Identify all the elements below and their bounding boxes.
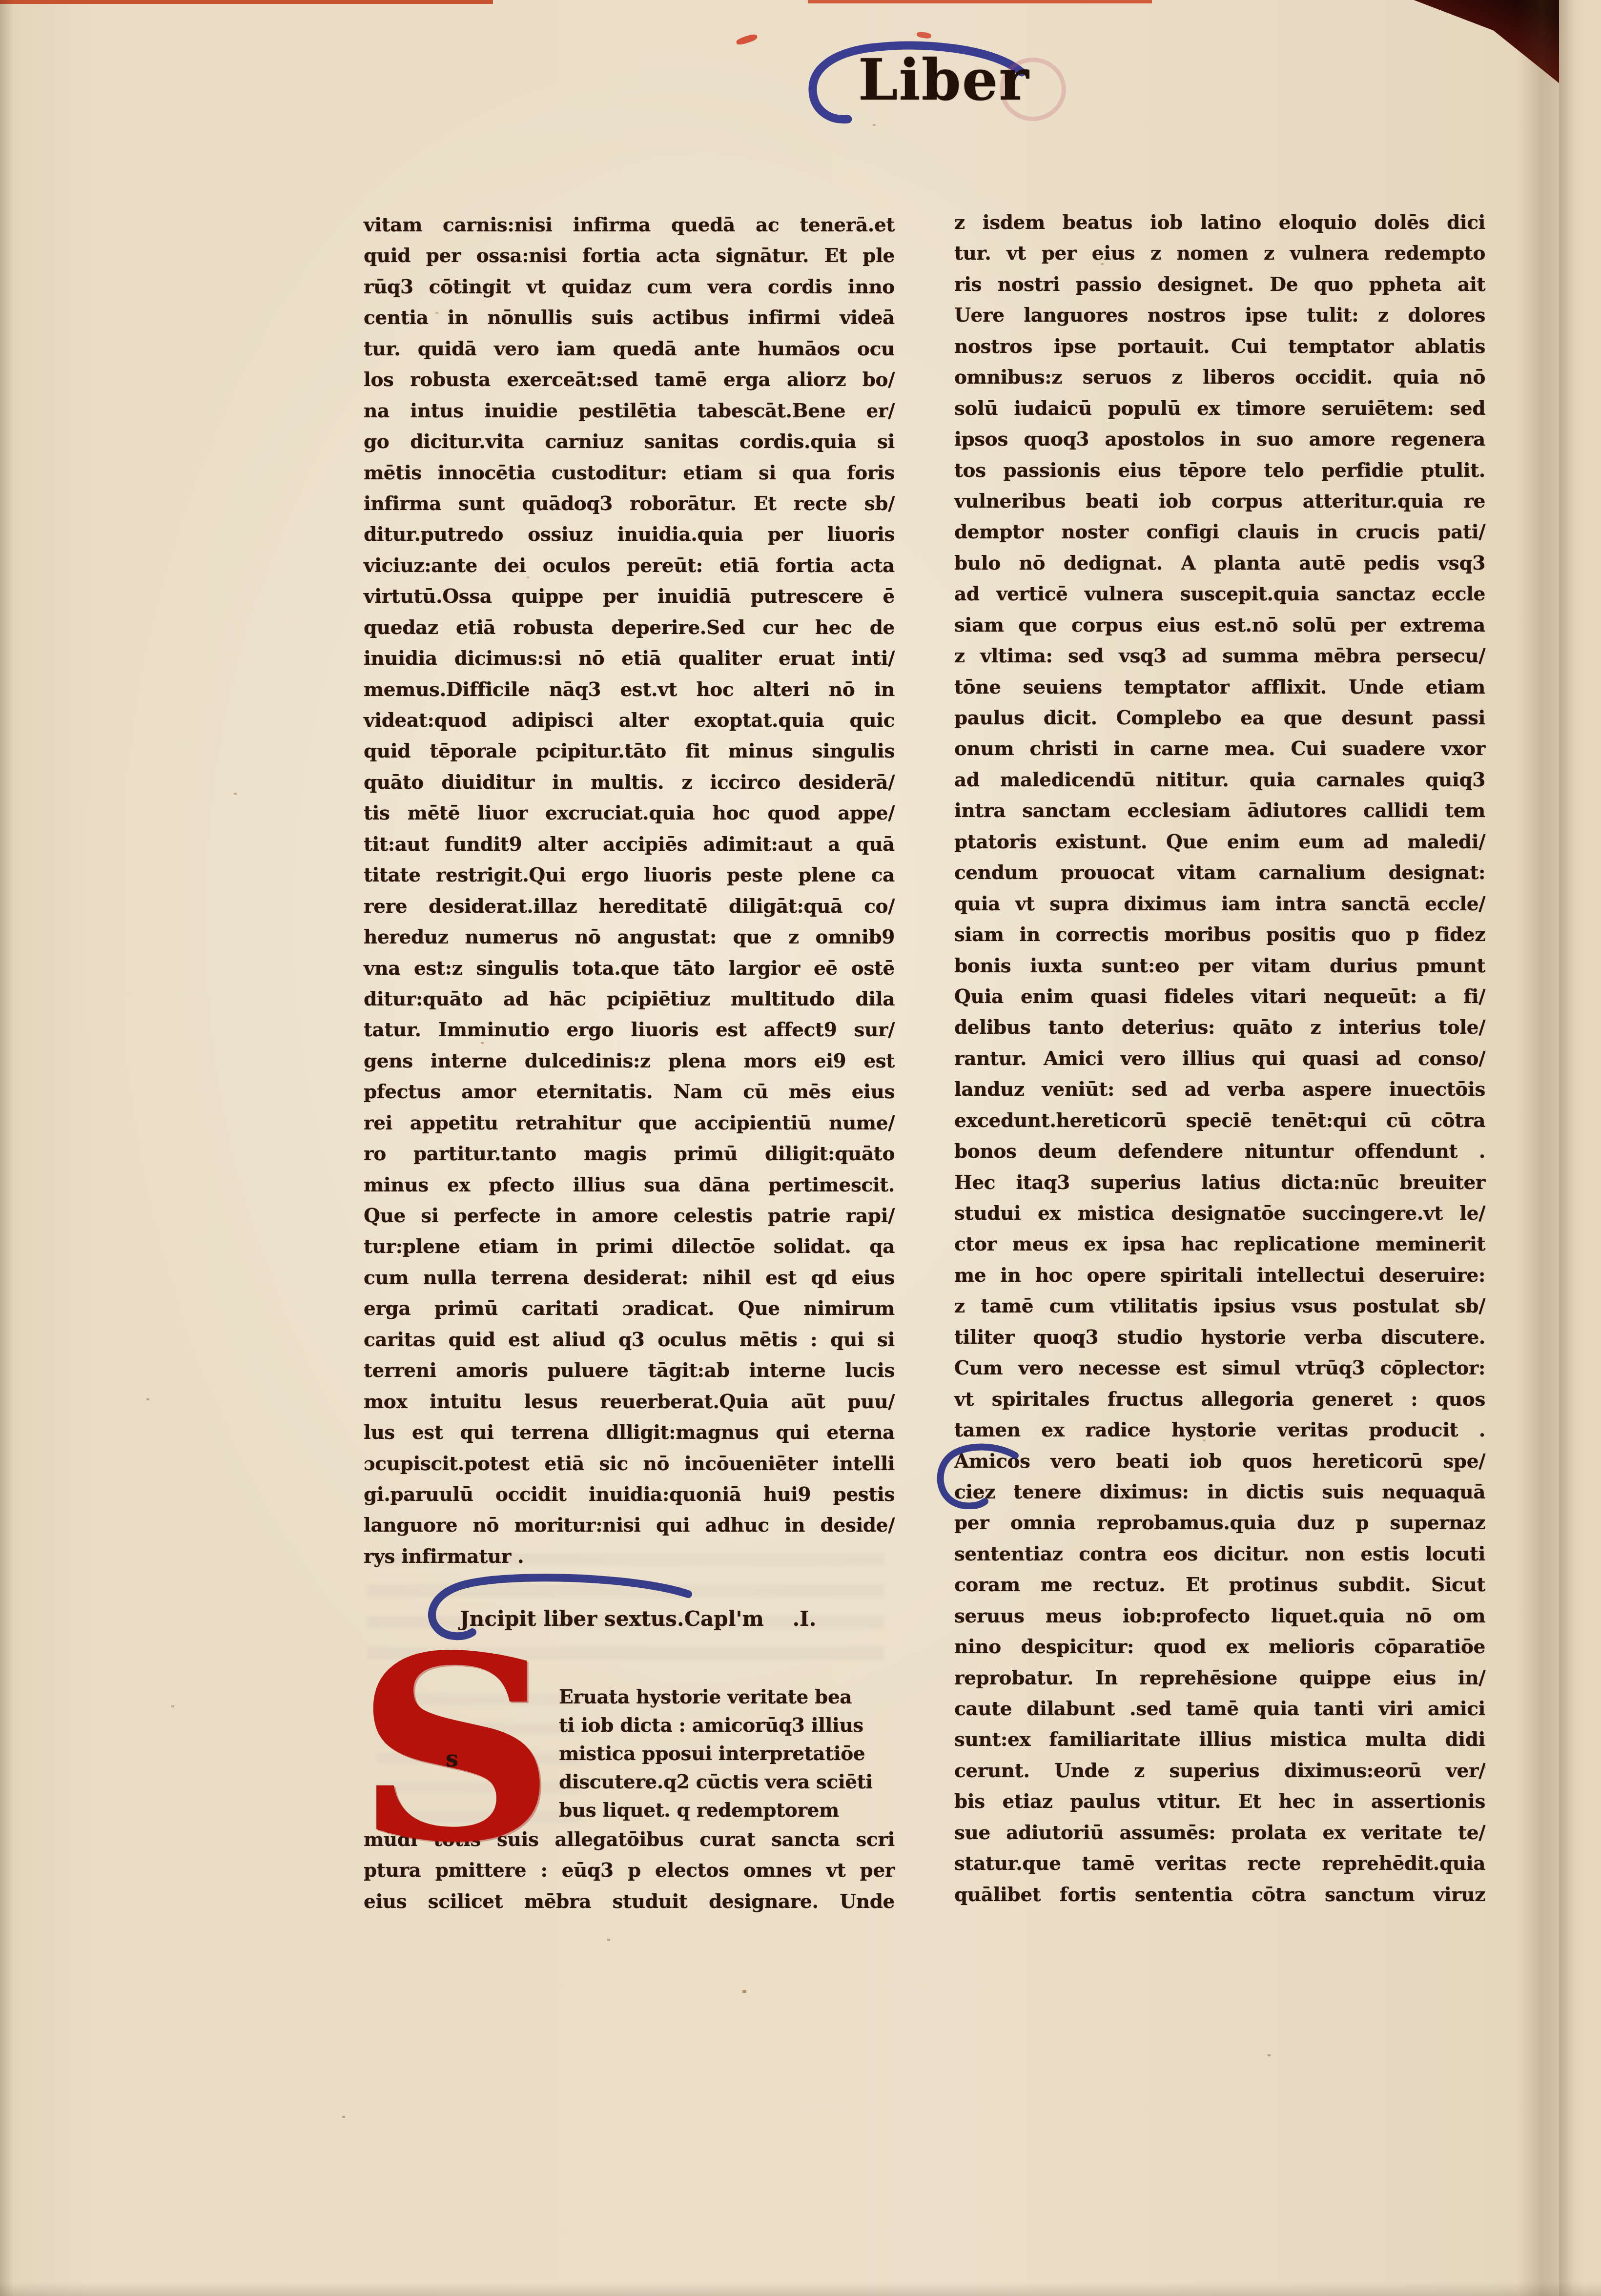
text-line: siam in correctis moribus positis quo p … — [954, 920, 1485, 950]
text-line: mētis innocētia custoditur: etiam si qua… — [364, 458, 895, 489]
text-line: erga primū caritati ɔradicat. Que nimiru… — [364, 1293, 895, 1324]
text-line: hereduz numerus nō angustat: que z omnib… — [364, 922, 895, 953]
text-line: tur. quidā vero iam quedā ante humāos oc… — [364, 334, 895, 365]
text-line: ditur:quāto ad hāc pcipiētiuz multitudo … — [364, 984, 895, 1015]
text-line: videat:quod adipisci alter exoptat.quia … — [364, 705, 895, 736]
text-line: cum nulla terrena desiderat: nihil est q… — [364, 1263, 895, 1293]
text-line: vitam carnis:nisi infirma quedā ac tener… — [364, 210, 895, 241]
text-line: ɔcupiscit.potest etiā sic nō incōueniēte… — [364, 1449, 895, 1479]
text-line: Uere languores nostros ipse tulit: z dol… — [954, 300, 1485, 331]
text-line: viciuz:ante dei oculos pereūt: etiā fort… — [364, 551, 895, 581]
text-line: Hec itaq3 superius latius dicta:nūc breu… — [954, 1168, 1485, 1198]
text-line: bonos deum defendere nituntur offendunt … — [954, 1136, 1485, 1167]
text-line: quid per ossa:nisi fortia acta signātur.… — [364, 241, 895, 271]
book-page-scan: Liber vitam carnis:nisi infirma quedā ac… — [0, 0, 1601, 2296]
text-line: tur:plene etiam in primi dilectōe solida… — [364, 1231, 895, 1262]
text-line: z isdem beatus iob latino eloquio dolēs … — [954, 207, 1485, 238]
text-line: ipsos quoq3 apostolos in suo amore regen… — [954, 424, 1485, 455]
text-line: solū iudaicū populū ex timore seruiētem:… — [954, 393, 1485, 424]
text-line: bus liquet. q redemptorem — [559, 1796, 895, 1824]
text-line: Quia enim quasi fideles vitari nequeūt: … — [954, 982, 1485, 1012]
text-line: vulneribus beati iob corpus atteritur.qu… — [954, 486, 1485, 517]
text-line: gens interne dulcedinis:z plena mors ei9… — [364, 1046, 895, 1077]
chapter-opening: S s Eruata hystorie veritate beati iob d… — [364, 1683, 895, 1917]
text-line: per omnia reprobamus.quia duz p supernaz — [954, 1508, 1485, 1538]
text-line: Amicos vero beati iob quos hereticorū sp… — [954, 1446, 1485, 1477]
text-line: seruus meus iob:profecto liquet.quia nō … — [954, 1601, 1485, 1632]
text-line: bis etiaz paulus vtitur. Et hec in asser… — [954, 1786, 1485, 1817]
text-line: tos passionis eius tēpore telo perfidie … — [954, 455, 1485, 486]
text-line: na intus inuidie pestilētia tabescāt.Ben… — [364, 396, 895, 427]
text-line: tōne seuiens temptator afflixit. Unde et… — [954, 672, 1485, 703]
paper-fibers — [0, 0, 2, 1]
text-line: Eruata hystorie veritate bea — [559, 1683, 895, 1711]
text-line: studui ex mistica designatōe succingere.… — [954, 1198, 1485, 1229]
text-line: mistica pposui interpretatiōe — [559, 1740, 895, 1768]
text-line: intra sanctam ecclesiam ādiutores callid… — [954, 796, 1485, 826]
text-line: cerunt. Unde z superius diximus:eorū ver… — [954, 1756, 1485, 1786]
text-line: nostros ipse portauit. Cui temptator abl… — [954, 331, 1485, 362]
text-line: landuz veniūt: sed ad verba aspere inuec… — [954, 1074, 1485, 1105]
text-line: vt spiritales fructus allegoria generet … — [954, 1384, 1485, 1415]
text-line: z vltima: sed vsq3 ad summa mēbra persec… — [954, 641, 1485, 672]
text-line: ditur.putredo ossiuz inuidia.quia per li… — [364, 519, 895, 550]
text-line: ro partitur.tanto magis primū diligit:qu… — [364, 1139, 895, 1169]
text-line: memus.Difficile nāq3 est.vt hoc alteri n… — [364, 675, 895, 705]
text-line: quedaz etiā robusta deperire.Sed cur hec… — [364, 613, 895, 643]
text-line: me in hoc opere spiritali intellectui de… — [954, 1260, 1485, 1291]
printed-guide-letter: s — [446, 1745, 458, 1772]
text-line: coram me rectuz. Et protinus subdit. Sic… — [954, 1570, 1485, 1600]
text-line: quid tēporale pcipitur.tāto fit minus si… — [364, 736, 895, 767]
text-line: caute dilabunt .sed tamē quia tanti viri… — [954, 1694, 1485, 1724]
running-head-title: Liber — [858, 47, 1030, 113]
text-line: ciez tenere diximus: in dictis suis nequ… — [954, 1477, 1485, 1508]
left-text-column: vitam carnis:nisi infirma quedā ac tener… — [364, 210, 895, 1572]
text-line: terreni amoris puluere tāgit:ab interne … — [364, 1355, 895, 1386]
initial-wrapped-lines: Eruata hystorie veritate beati iob dicta… — [559, 1683, 895, 1824]
text-line: languore nō moritur:nisi qui adhuc in de… — [364, 1510, 895, 1541]
red-book-edge-top-center — [808, 0, 1152, 3]
text-line: ptatoris existunt. Que enim eum ad maled… — [954, 827, 1485, 858]
text-line: z tamē cum vtilitatis ipsius vsus postul… — [954, 1291, 1485, 1322]
text-line: pfectus amor eternitatis. Nam cū mēs eiu… — [364, 1077, 895, 1107]
text-line: rere desiderat.illaz hereditatē diligāt:… — [364, 891, 895, 922]
red-ink-mark — [736, 33, 758, 46]
text-line: mox intuitu lesus reuerberat.Quia aūt pu… — [364, 1387, 895, 1417]
text-line: ad verticē vulnera suscepit.quia sanctaz… — [954, 579, 1485, 610]
text-line: go dicitur.vita carniuz sanitas cordis.q… — [364, 427, 895, 457]
text-line: onum christi in carne mea. Cui suadere v… — [954, 734, 1485, 764]
text-line: excedunt.hereticorū speciē tenēt:qui cū … — [954, 1106, 1485, 1136]
text-line: minus ex pfecto illius sua dāna pertimes… — [364, 1170, 895, 1201]
text-line: sue adiutoriū assumēs: prolata ex verita… — [954, 1818, 1485, 1848]
text-line: los robusta exerceāt:sed tamē erga alior… — [364, 365, 895, 395]
text-line: discutere.q2 cūctis vera sciēti — [559, 1768, 895, 1796]
text-line: ad maledicendū nititur. quia carnales qu… — [954, 765, 1485, 796]
text-line: rantur. Amici vero illius qui quasi ad c… — [954, 1044, 1485, 1074]
right-text-column: z isdem beatus iob latino eloquio dolēs … — [954, 207, 1485, 1910]
text-line: tis mētē liuor excruciat.quia hoc quod a… — [364, 798, 895, 829]
text-line: tit:aut fundit9 alter accipiēs adimit:au… — [364, 829, 895, 860]
text-line: virtutū.Ossa quippe per inuidiā putresce… — [364, 581, 895, 612]
page-bottom-edge-shadow — [0, 2282, 1601, 2296]
text-line: statur.que tamē veritas recte reprehēdit… — [954, 1848, 1485, 1879]
text-line: bulo nō dedignat. A planta autē pedis vs… — [954, 548, 1485, 579]
text-line: titate restrigit.Qui ergo liuoris peste … — [364, 860, 895, 891]
red-book-edge-top-left — [0, 0, 493, 4]
text-line: nino despicitur: quod ex melioris cōpara… — [954, 1632, 1485, 1662]
text-line: Que si perfecte in amore celestis patrie… — [364, 1201, 895, 1231]
page-gutter-crease — [1517, 0, 1559, 2296]
text-line: centia in nōnullis suis actibus infirmi … — [364, 303, 895, 333]
text-line: paulus dicit. Complebo ea que desunt pas… — [954, 703, 1485, 734]
text-line: rys infirmatur . — [364, 1541, 895, 1572]
text-line: delibus tanto deterius: quāto z interius… — [954, 1012, 1485, 1043]
text-line: tur. vt per eius z nomen z vulnera redem… — [954, 238, 1485, 269]
text-line: omnibus:z seruos z liberos occidit. quia… — [954, 362, 1485, 393]
text-line: quāto diuiditur in multis. z iccirco des… — [364, 767, 895, 798]
text-line: infirma sunt quādoq3 roborātur. Et recte… — [364, 489, 895, 519]
text-line: tatur. Imminutio ergo liuoris est affect… — [364, 1015, 895, 1045]
text-line: demptor noster configi clauis in crucis … — [954, 517, 1485, 548]
text-line: siam que corpus eius est.nō solū per ext… — [954, 610, 1485, 641]
text-line: ris nostri passio designet. De quo pphet… — [954, 269, 1485, 300]
text-line: reprobatur. In reprehēsione quippe eius … — [954, 1663, 1485, 1694]
text-line: lus est qui terrena dlligit:magnus qui e… — [364, 1417, 895, 1448]
text-line: rei appetitu retrahitur que accipientiū … — [364, 1108, 895, 1139]
text-line: quālibet fortis sententia cōtra sanctum … — [954, 1880, 1485, 1910]
text-line: Cum vero necesse est simul vtrūq3 cōplec… — [954, 1353, 1485, 1384]
text-line: tamen ex radice hystorie veritas produci… — [954, 1415, 1485, 1446]
text-line: rūq3 cōtingit vt quidaz cum vera cordis … — [364, 272, 895, 303]
text-line: gi.paruulū occidit inuidia:quoniā hui9 p… — [364, 1479, 895, 1510]
text-line: sententiaz contra eos dicitur. non estis… — [954, 1539, 1485, 1570]
text-line: ti iob dicta : amicorūq3 illius — [559, 1711, 895, 1740]
text-line: sunt:ex familiaritate illius mistica mul… — [954, 1724, 1485, 1755]
blue-paraph-mark — [933, 1441, 1021, 1509]
text-line: tiliter quoq3 studio hystorie verba disc… — [954, 1322, 1485, 1353]
text-line: inuidia dicimus:si nō etiā qualiter erua… — [364, 643, 895, 674]
text-line: quia vt supra diximus iam intra sanctā e… — [954, 889, 1485, 920]
text-line: bonis iuxta sunt:eo per vitam durius pmu… — [954, 951, 1485, 982]
text-line: caritas quid est aliud q3 oculus mētis :… — [364, 1325, 895, 1355]
text-line: vna est:z singulis tota.que tāto largior… — [364, 953, 895, 984]
text-line: ctor meus ex ipsa hac replicatione memin… — [954, 1229, 1485, 1260]
text-line: cendum prouocat vitam carnalium designat… — [954, 858, 1485, 888]
page-left-edge-shadow — [0, 0, 14, 2296]
adjacent-page-edge — [1559, 0, 1601, 2296]
